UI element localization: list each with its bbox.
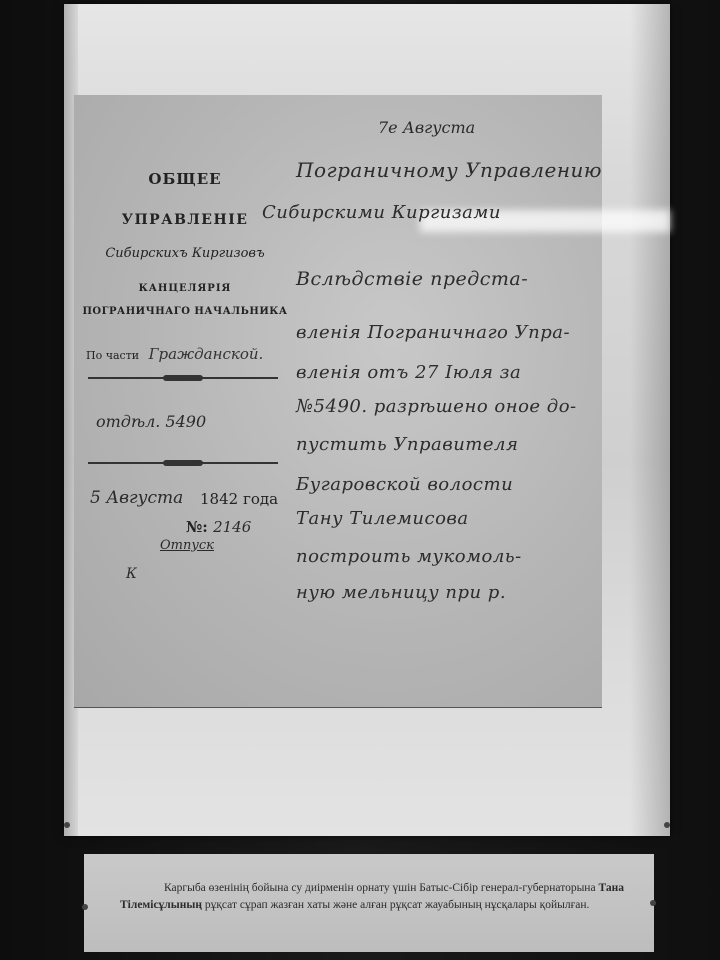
- top-date-note: 7е Августа: [378, 118, 475, 137]
- caption-text-end: рұқсат сұрап жазған хаты және алған рұқс…: [202, 899, 589, 911]
- header-line-5: ПОГРАНИЧНАГО НАЧАЛЬНИКА: [80, 306, 290, 317]
- header-line-2: УПРАВЛЕНІЕ: [80, 212, 290, 228]
- exhibit-caption-label: Каргыба өзенінің бойына су диірменін орн…: [84, 854, 654, 952]
- header-line-6-label: По части: [86, 349, 139, 362]
- ornamental-rule-1: [88, 377, 278, 379]
- document-number: №: 2146: [186, 518, 251, 536]
- reference-number: отдѣл. 5490: [96, 412, 206, 431]
- body-line-6: №5490. разрѣшено оное до-: [296, 396, 596, 417]
- margin-mark: К: [126, 566, 137, 582]
- number-label: №:: [186, 518, 208, 536]
- pin-sheet-right: [664, 822, 670, 828]
- body-line-4: вленія Пограничнаго Упра-: [296, 322, 596, 343]
- caption-text: Каргыба өзенінің бойына су диірменін орн…: [120, 880, 626, 914]
- header-line-1: ОБЩЕЕ: [80, 170, 290, 188]
- body-line-5: вленія отъ 27 Іюля за: [296, 362, 596, 383]
- body-line-2: Сибирскими Киргизами: [262, 202, 562, 223]
- ornamental-rule-2: [88, 462, 278, 464]
- date-day-month: 5 Августа: [90, 488, 183, 508]
- body-line-10: построить мукомоль-: [296, 546, 596, 567]
- date-year: 1842 года: [200, 490, 278, 508]
- body-line-9: Тану Тилемисова: [296, 508, 596, 529]
- number-value: 2146: [213, 518, 251, 536]
- caption-text-start: Каргыба өзенінің бойына су диірменін орн…: [164, 882, 598, 894]
- pin-sheet-left: [64, 822, 70, 828]
- body-line-1: Пограничному Управлению: [296, 158, 596, 182]
- header-line-6-hand: Гражданской.: [149, 345, 264, 363]
- date-year-suffix: года: [243, 490, 278, 508]
- header-line-3: Сибирскихъ Киргизовъ: [80, 246, 290, 261]
- pin-right: [650, 900, 656, 906]
- body-line-7: пустить Управителя: [296, 434, 596, 455]
- body-line-11: ную мельницу при р.: [296, 582, 596, 603]
- header-line-4: КАНЦЕЛЯРІЯ: [80, 283, 290, 294]
- date-year-value: 1842: [200, 490, 238, 508]
- under-number-note: Отпуск: [160, 538, 214, 553]
- body-line-3: Вслѣдствіе предста-: [296, 268, 596, 290]
- header-line-6: По части Гражданской.: [86, 345, 263, 363]
- body-line-8: Бугаровской волости: [296, 474, 596, 495]
- pin-left: [82, 904, 88, 910]
